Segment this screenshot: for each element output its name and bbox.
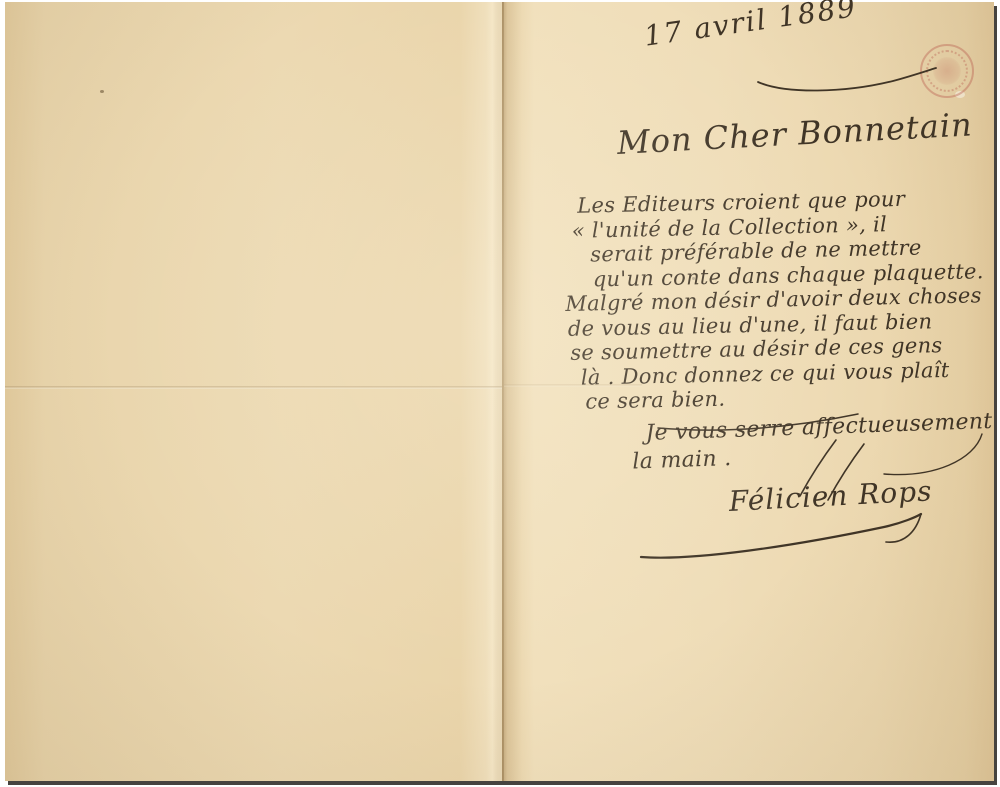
letter-body: Les Editeurs croient que pour « l'unité … [563, 185, 987, 414]
signature-underline-flourish [634, 512, 929, 564]
letter-scan: 17 avril 1889 Mon Cher Bonnetain Les Edi… [0, 0, 1000, 787]
paper-speck [100, 90, 104, 93]
horizontal-fold-crease-left [5, 386, 502, 389]
center-fold-shadow [504, 2, 522, 781]
center-fold-highlight [486, 2, 502, 781]
date-underline-flourish [753, 66, 943, 100]
